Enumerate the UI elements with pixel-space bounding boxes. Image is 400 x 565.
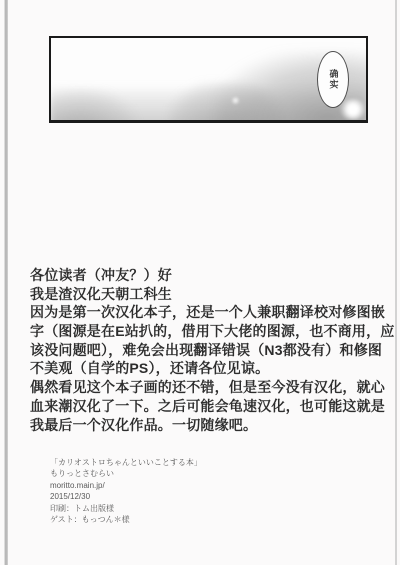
faded-artwork-blob-center xyxy=(169,82,284,123)
faded-artwork-flare-big xyxy=(339,99,367,120)
date-line: 2015/12/30 xyxy=(50,491,300,502)
faded-artwork-highlight-dot xyxy=(231,96,240,105)
afterword-line: 字（图源是在E站扒的，借用下大佬的图源，也不商用，应 xyxy=(30,322,390,341)
afterword-line: 各位读者（冲友？）好 xyxy=(30,266,390,285)
guest-line: ゲスト：もっつん＊様 xyxy=(50,514,300,525)
afterword-line: 不美观（自学的PS），还请各位见谅。 xyxy=(30,359,390,378)
scan-artifact-line-left xyxy=(4,0,8,565)
afterword-line: 因为是第一次汉化本子，还是一个人兼职翻译校对修图嵌 xyxy=(30,303,390,322)
credits-block: 「カリオストロちゃんといいことする本」 もりっとさむらい moritto.mai… xyxy=(50,457,300,525)
afterword-line: 我是渣汉化天朝工科生 xyxy=(30,285,390,304)
afterword-line: 我最后一个汉化作品。一切随缘吧。 xyxy=(30,416,390,435)
afterword-line: 血来潮汉化了一下。之后可能会龟速汉化，也可能这就是 xyxy=(30,397,390,416)
comic-panel: 确实 xyxy=(49,36,368,123)
speech-bubble-text: 确实 xyxy=(329,69,338,90)
faded-artwork-blob-left xyxy=(49,88,138,123)
website-line: moritto.main.jp/ xyxy=(50,480,300,491)
printer-line: 印刷：トム出版様 xyxy=(50,503,300,514)
translator-afterword-text: 各位读者（冲友？）好 我是渣汉化天朝工科生 因为是第一次汉化本子，还是一个人兼职… xyxy=(30,266,390,434)
scan-artifact-line-right xyxy=(395,0,397,565)
scanned-doujinshi-page: 确实 各位读者（冲友？）好 我是渣汉化天朝工科生 因为是第一次汉化本子，还是一个… xyxy=(0,0,400,565)
circle-name-line: もりっとさむらい xyxy=(50,468,300,479)
afterword-line: 偶然看见这个本子画的还不错，但是至今没有汉化，就心 xyxy=(30,378,390,397)
afterword-line: 该没问题吧），难免会出现翻译错误（N3都没有）和修图 xyxy=(30,341,390,360)
speech-bubble: 确实 xyxy=(317,51,349,108)
book-title-line: 「カリオストロちゃんといいことする本」 xyxy=(50,457,300,468)
